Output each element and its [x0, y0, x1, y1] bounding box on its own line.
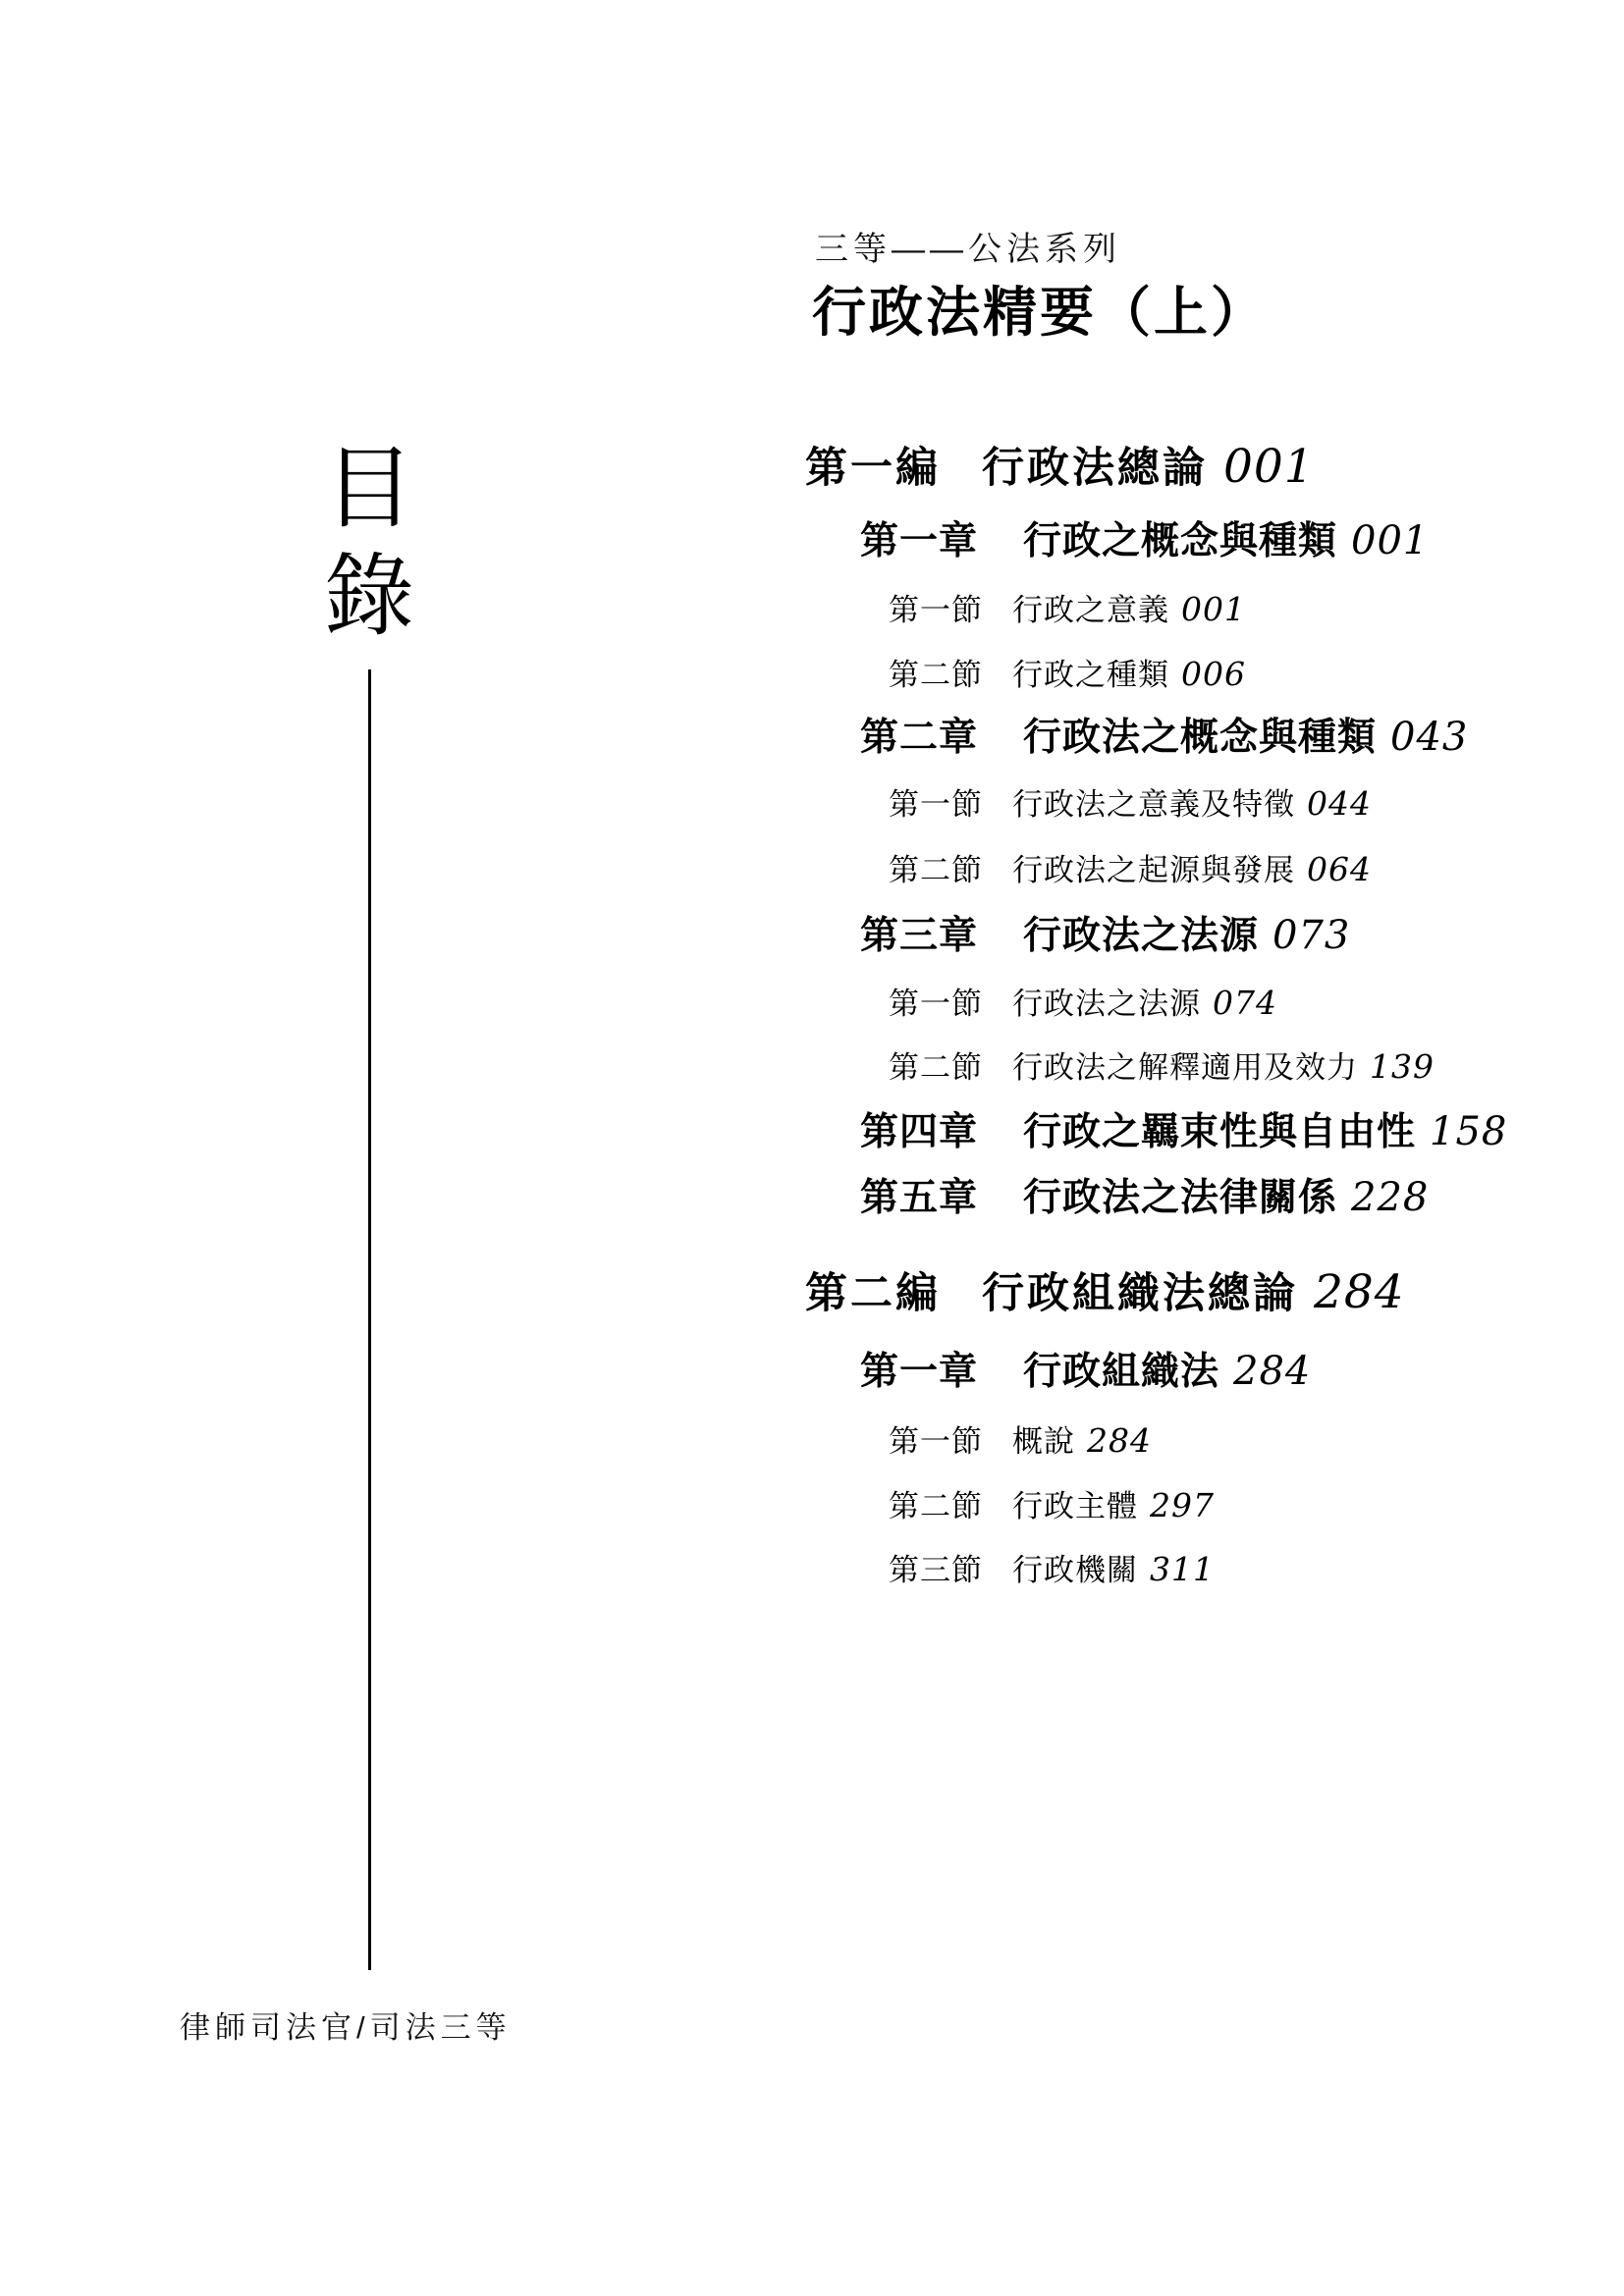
entry-number: 第二編 — [805, 1260, 941, 1320]
entry-title: 行政之羈束性與自由性 — [1023, 1111, 1416, 1153]
entry-number: 第四章 — [860, 1101, 978, 1156]
toc-entry-section: 第一節行政法之法源074 — [889, 979, 1277, 1023]
vertical-rule — [368, 669, 371, 1970]
entry-page-number: 228 — [1351, 1175, 1429, 1220]
entry-number: 第一節 — [889, 585, 983, 629]
entry-number: 第一節 — [889, 779, 983, 824]
entry-number: 第一章 — [860, 510, 978, 565]
entry-title: 行政之概念與種類 — [1023, 520, 1337, 562]
entry-title: 行政法之意義及特徵 — [1012, 787, 1295, 822]
entry-page-number: 001 — [1351, 518, 1429, 563]
entry-number: 第二節 — [889, 845, 983, 889]
entry-title: 行政法之法源 — [1012, 987, 1201, 1021]
entry-page-number: 001 — [1181, 590, 1246, 628]
entry-number: 第一編 — [805, 435, 941, 495]
entry-title: 行政法之解釋適用及效力 — [1012, 1050, 1358, 1085]
entry-page-number: 073 — [1272, 913, 1350, 958]
toc-entry-part: 第二編行政組織法總論284 — [805, 1260, 1405, 1320]
entry-page-number: 139 — [1370, 1047, 1435, 1086]
entry-title: 行政之種類 — [1012, 658, 1169, 692]
entry-page-number: 043 — [1390, 715, 1468, 760]
entry-page-number: 044 — [1307, 784, 1372, 823]
entry-page-number: 074 — [1213, 984, 1277, 1022]
toc-entry-section: 第二節行政法之起源與發展064 — [889, 845, 1372, 889]
entry-number: 第二節 — [889, 1481, 983, 1525]
entry-number: 第三章 — [860, 905, 978, 960]
entry-page-number: 001 — [1223, 440, 1315, 494]
entry-title: 行政法之法源 — [1023, 915, 1259, 957]
entry-page-number: 311 — [1150, 1550, 1215, 1588]
toc-entry-chapter: 第一章行政組織法284 — [860, 1341, 1311, 1396]
entry-title: 行政主體 — [1012, 1489, 1138, 1523]
entry-title: 概說 — [1012, 1424, 1075, 1459]
book-title: 行政法精要（上） — [812, 269, 1268, 347]
entry-title: 行政法之法律關係 — [1023, 1177, 1337, 1219]
entry-page-number: 006 — [1181, 655, 1246, 693]
entry-page-number: 284 — [1314, 1265, 1405, 1319]
toc-entry-part: 第一編行政法總論001 — [805, 435, 1315, 495]
entry-number: 第二節 — [889, 1042, 983, 1087]
entry-title: 行政法之起源與發展 — [1012, 853, 1295, 887]
entry-page-number: 064 — [1307, 850, 1372, 888]
toc-entry-chapter: 第三章行政法之法源073 — [860, 905, 1350, 960]
entry-number: 第一節 — [889, 979, 983, 1023]
entry-title: 行政之意義 — [1012, 593, 1169, 627]
toc-entry-section: 第三節行政機關311 — [889, 1545, 1215, 1589]
toc-entry-section: 第一節概說284 — [889, 1416, 1152, 1461]
toc-entry-section: 第一節行政之意義001 — [889, 585, 1246, 629]
toc-entry-section: 第二節行政主體297 — [889, 1481, 1215, 1525]
footer-series-label: 律師司法官/司法三等 — [180, 2002, 512, 2047]
entry-number: 第一章 — [860, 1341, 978, 1396]
entry-page-number: 284 — [1087, 1421, 1152, 1460]
entry-title: 行政機關 — [1012, 1553, 1138, 1587]
toc-page: 三等——公法系列 行政法精要（上） 目錄 第一編行政法總論001 第一章行政之概… — [0, 0, 1624, 2296]
entry-number: 第一節 — [889, 1416, 983, 1461]
series-label: 三等——公法系列 — [815, 222, 1121, 270]
entry-number: 第二章 — [860, 707, 978, 762]
entry-page-number: 297 — [1150, 1486, 1215, 1524]
toc-entry-chapter: 第四章行政之羈束性與自由性158 — [860, 1101, 1507, 1156]
toc-entry-section: 第一節行政法之意義及特徵044 — [889, 779, 1372, 824]
entry-title: 行政法之概念與種類 — [1023, 717, 1377, 759]
entry-title: 行政組織法總論 — [982, 1271, 1298, 1317]
entry-page-number: 158 — [1430, 1109, 1507, 1154]
entry-number: 第五章 — [860, 1167, 978, 1222]
entry-number: 第三節 — [889, 1545, 983, 1589]
entry-number: 第二節 — [889, 650, 983, 694]
toc-vertical-label: 目錄 — [316, 440, 406, 656]
toc-entry-section: 第二節行政之種類006 — [889, 650, 1246, 694]
toc-entry-chapter: 第一章行政之概念與種類001 — [860, 510, 1429, 565]
entry-page-number: 284 — [1233, 1349, 1311, 1394]
entry-title: 行政組織法 — [1023, 1351, 1219, 1393]
toc-entry-chapter: 第二章行政法之概念與種類043 — [860, 707, 1468, 762]
toc-entry-chapter: 第五章行政法之法律關係228 — [860, 1167, 1429, 1222]
toc-entry-section: 第二節行政法之解釋適用及效力139 — [889, 1042, 1435, 1087]
entry-title: 行政法總論 — [982, 446, 1208, 492]
